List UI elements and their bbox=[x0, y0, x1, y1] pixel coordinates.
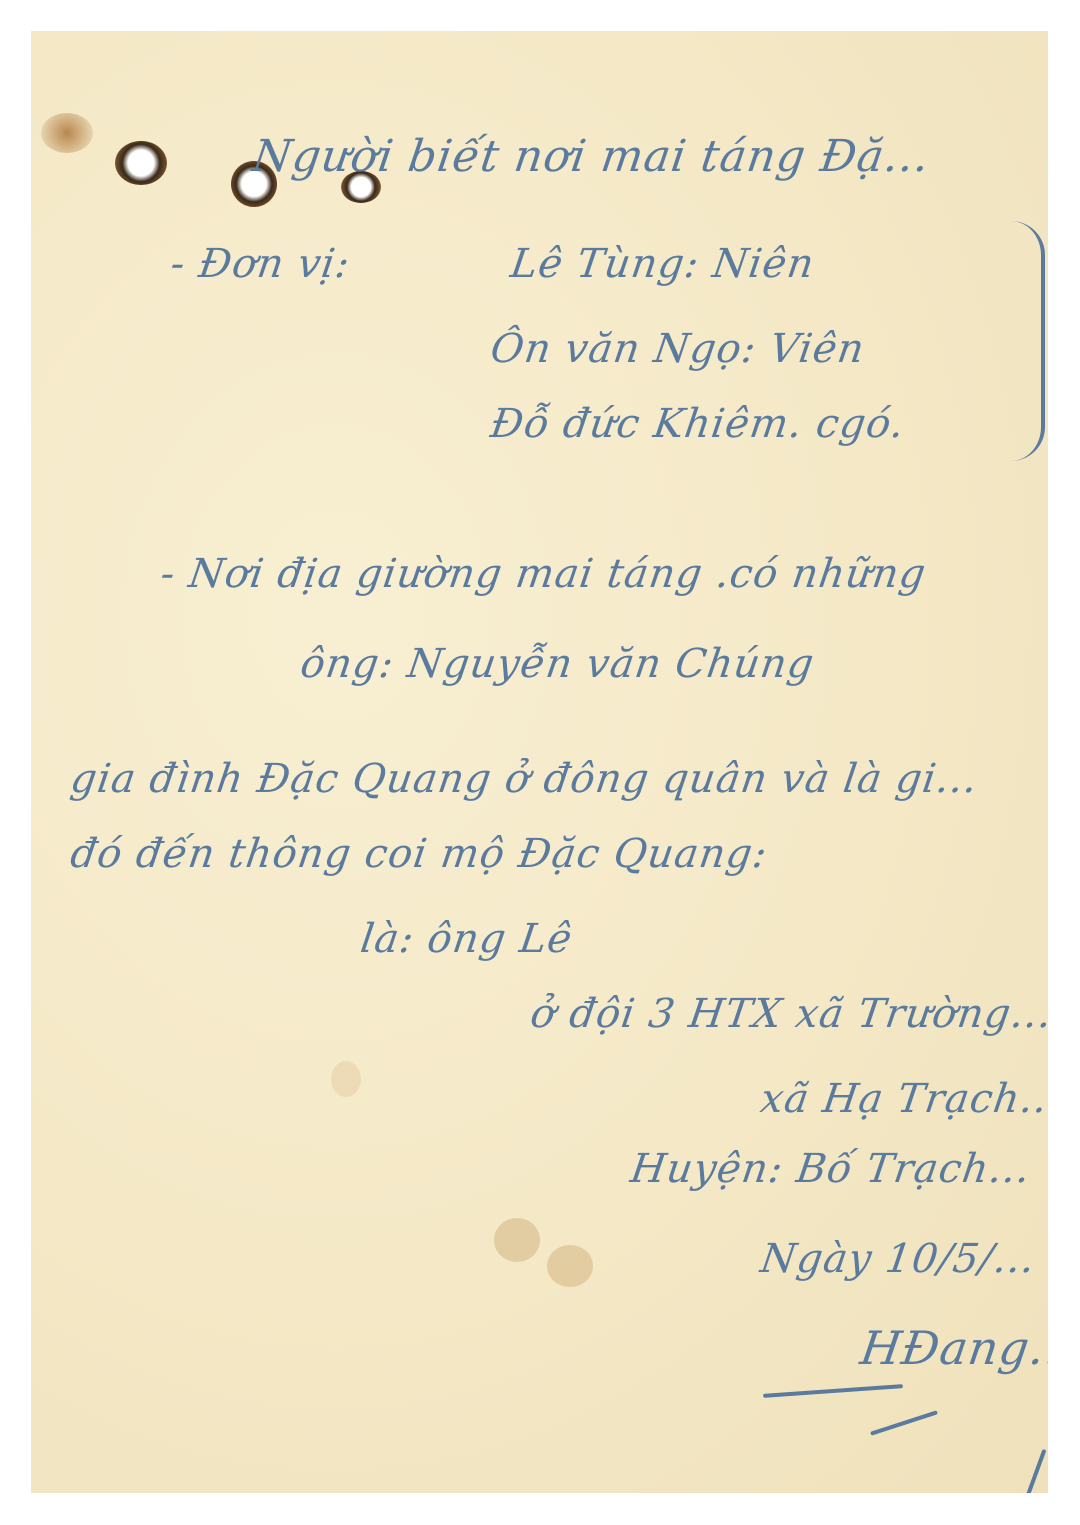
date-line: Ngày 10/5/... bbox=[758, 1236, 1039, 1282]
address-line-3: Huyện: Bố Trạch... bbox=[628, 1146, 1034, 1192]
burial-line-1: - Nơi địa giường mai táng .có những bbox=[158, 551, 929, 597]
family-line-1: gia đình Đặc Quang ở đông quân và là gi.… bbox=[68, 756, 981, 802]
address-line-2: xã Hạ Trạch... bbox=[758, 1076, 1048, 1122]
unit-member-1: Lê Tùng: Niên bbox=[508, 241, 818, 287]
document-page: Người biết nơi mai táng Đặ... - Đơn vị: … bbox=[31, 31, 1048, 1493]
burial-line-2: ông: Nguyễn văn Chúng bbox=[298, 641, 818, 687]
address-line-1: ở đội 3 HTX xã Trường... bbox=[528, 991, 1048, 1037]
signature-stroke bbox=[870, 1410, 938, 1435]
signature-underline bbox=[763, 1384, 903, 1398]
bracket-mark bbox=[1011, 221, 1045, 461]
family-line-3: là: ông Lê bbox=[358, 916, 576, 962]
unit-label: - Đơn vị: bbox=[168, 241, 353, 287]
title-line: Người biết nơi mai táng Đặ... bbox=[249, 131, 933, 182]
family-line-2: đó đến thông coi mộ Đặc Quang: bbox=[68, 831, 771, 877]
signature: HĐang... bbox=[857, 1321, 1048, 1375]
burn-hole bbox=[115, 141, 167, 185]
water-stain bbox=[547, 1245, 593, 1287]
water-stain bbox=[494, 1218, 540, 1262]
unit-member-2: Ôn văn Ngọ: Viên bbox=[488, 326, 868, 372]
water-stain bbox=[331, 1061, 361, 1097]
unit-member-3: Đỗ đức Khiêm. cgó. bbox=[488, 401, 908, 447]
rust-stain bbox=[41, 113, 93, 153]
signature-stroke bbox=[1026, 1449, 1047, 1493]
